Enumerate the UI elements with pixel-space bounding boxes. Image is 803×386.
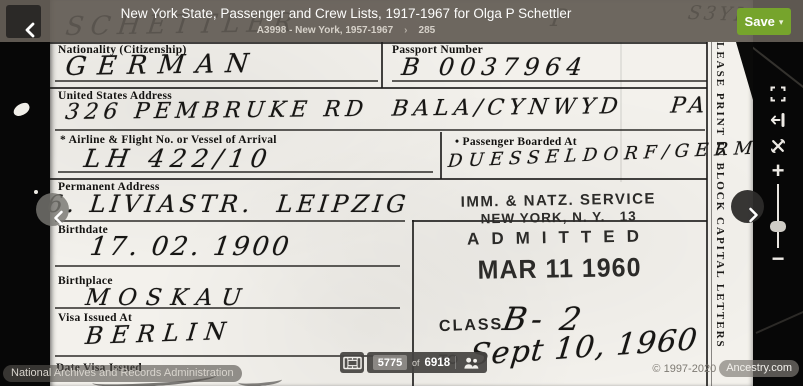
form-line: [55, 220, 405, 222]
tools-icon: [770, 138, 786, 154]
zoom-out-button[interactable]: −: [768, 249, 788, 269]
ins-admitted-stamp: IMM. & NATZ. SERVICE NEW YORK, N. Y. 13 …: [412, 189, 706, 286]
pager-divider: [455, 356, 456, 369]
zoom-slider-handle[interactable]: [770, 221, 786, 232]
save-button-label: Save: [745, 14, 775, 29]
filmstrip-view-button[interactable]: [340, 352, 364, 373]
pager-of-label: of: [412, 358, 420, 368]
form-line: [381, 42, 383, 88]
handwriting-birthplace: MOSKAU: [84, 285, 252, 311]
image-number-input[interactable]: [373, 355, 407, 370]
side-panel-button[interactable]: [768, 110, 788, 130]
person-index-button[interactable]: [461, 354, 481, 372]
record-title: New York State, Passenger and Crew Lists…: [121, 6, 572, 21]
side-panel-icon: [770, 112, 786, 128]
filmstrip-icon: [343, 356, 362, 370]
copyright-brand: Ancestry.com: [719, 360, 799, 377]
scan-speck: [11, 101, 31, 118]
zoom-in-button[interactable]: +: [768, 161, 788, 181]
form-line: [50, 87, 707, 89]
back-button[interactable]: [6, 5, 41, 38]
fullscreen-button[interactable]: [768, 84, 788, 104]
source-attribution: National Archives and Records Administra…: [3, 365, 242, 382]
stamp-admitted-line: ADMITTED: [413, 225, 705, 250]
scan-scratch: [756, 308, 803, 334]
form-line: [440, 132, 442, 179]
block-capitals-note: LEASE PRINT IN BLOCK CAPITAL LETTERS: [714, 42, 726, 386]
form-line: [55, 129, 705, 131]
form-line: [50, 178, 707, 180]
image-tools-button[interactable]: [768, 136, 788, 156]
next-image-button[interactable]: [731, 190, 764, 223]
copyright-attribution: © 1997-2020 Ancestry.com: [652, 360, 799, 377]
scan-speck: [34, 190, 38, 194]
handwriting-flight: LH 422/10: [82, 144, 275, 173]
image-pager: of 6918: [340, 352, 487, 373]
breadcrumb: A3998 - New York, 1957-1967 › 285: [257, 25, 435, 36]
form-border-right: [711, 42, 712, 386]
copyright-years: © 1997-2020: [652, 363, 716, 375]
zoom-slider-track[interactable]: [777, 184, 779, 248]
breadcrumb-separator-icon: ›: [404, 25, 407, 36]
record-viewer: Nationality (Citizenship) Passport Numbe…: [0, 0, 803, 386]
save-button[interactable]: Save ▾: [737, 8, 791, 35]
fullscreen-icon: [770, 86, 786, 102]
handwriting-passport: B 0037964: [400, 53, 590, 81]
breadcrumb-image-number: 285: [419, 25, 436, 36]
person-index-icon: [463, 356, 480, 370]
stamp-date: MAR 11 1960: [413, 252, 705, 288]
handwriting-birthdate: 17. 02. 1900: [88, 232, 294, 262]
handwriting-visa-place: BERLIN: [84, 317, 235, 350]
handwriting-nationality: GERMAN: [64, 49, 261, 82]
chevron-down-icon: ▾: [779, 17, 784, 28]
page-number-pill: of 6918: [367, 352, 487, 373]
breadcrumb-collection[interactable]: A3998 - New York, 1957-1967: [257, 25, 393, 36]
previous-image-button[interactable]: [36, 193, 69, 226]
form-line: [55, 265, 400, 267]
stamp-class-label: CLASS: [439, 316, 504, 336]
handwriting-permanent-address: 6. LIVIASTR. LEIPZIG: [46, 190, 411, 218]
pager-total: 6918: [425, 357, 451, 369]
